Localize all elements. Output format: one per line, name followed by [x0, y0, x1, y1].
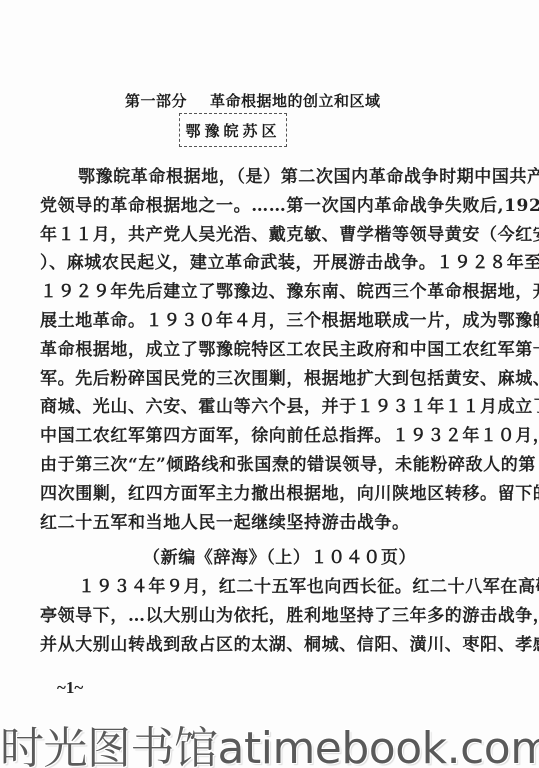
text-line: 革命根据地，成立了鄂豫皖特区工农民主政府和中国工农红军第一: [40, 336, 454, 365]
text-line: 四次围剿，红四方面军主力撤出根据地，向川陕地区转移。留下的: [40, 480, 454, 509]
part-number: 第一部分: [125, 90, 210, 111]
text-line: 红二十五军和当地人民一起继续坚持游击战争。: [40, 509, 454, 538]
paragraph-1: 鄂豫皖革命根据地，（是）第二次国内革命战争时期中国共产 党领导的革命根据地之一。…: [40, 163, 454, 537]
citation: （新编《辞海》（上）１０４０页）: [143, 543, 416, 568]
text-line: 商城、光山、六安、霍山等六个县，并于１９３１年１１月成立了: [40, 393, 454, 422]
text-line: 军。先后粉碎国民党的三次围剿，根据地扩大到包括黄安、麻城、: [40, 365, 454, 394]
page-number: ~1~: [57, 678, 83, 698]
section-label: 鄂豫皖苏区: [185, 120, 280, 141]
text-line: 年１１月，共产党人吴光浩、戴克敏、曹学楷等领导黄安（今红安: [40, 221, 454, 250]
text-line: 党领导的革命根据地之一。……第一次国内革命战争失败后,1927: [40, 192, 454, 221]
text-line: 亭领导下，…以大别山为依托，胜利地坚持了三年多的游击战争，: [40, 602, 454, 631]
document-page: 第一部分革命根据地的创立和区域 鄂豫皖苏区 鄂豫皖革命根据地，（是）第二次国内革…: [0, 0, 539, 768]
text-line: １９３４年９月，红二十五军也向西长征。红二十八军在高敬: [40, 573, 454, 602]
paragraph-2: １９３４年９月，红二十五军也向西长征。红二十八军在高敬 亭领导下，…以大别山为依…: [40, 573, 454, 659]
text-line: １９２９年先后建立了鄂豫边、豫东南、皖西三个革命根据地，开: [40, 278, 454, 307]
text-line: 中国工农红军第四方面军，徐向前任总指挥。１９３２年１０月，: [40, 422, 454, 451]
text-line: 并从大别山转战到敌占区的太湖、桐城、信阳、潢川、枣阳、孝感: [40, 631, 454, 660]
part-heading: 第一部分革命根据地的创立和区域: [125, 90, 381, 111]
text-line: 展土地革命。１９３０年４月，三个根据地联成一片，成为鄂豫皖: [40, 307, 454, 336]
text-line: 鄂豫皖革命根据地，（是）第二次国内革命战争时期中国共产: [40, 163, 454, 192]
text-line: 由于第三次“左”倾路线和张国焘的错误领导，未能粉碎敌人的第: [40, 451, 454, 480]
text-line: ）、麻城农民起义，建立革命武装，开展游击战争。１９２８年至: [40, 249, 454, 278]
watermark: 时光图书馆atimebook.com: [0, 712, 539, 768]
part-title: 革命根据地的创立和区域: [210, 92, 381, 110]
section-label-box: 鄂豫皖苏区: [179, 113, 287, 147]
